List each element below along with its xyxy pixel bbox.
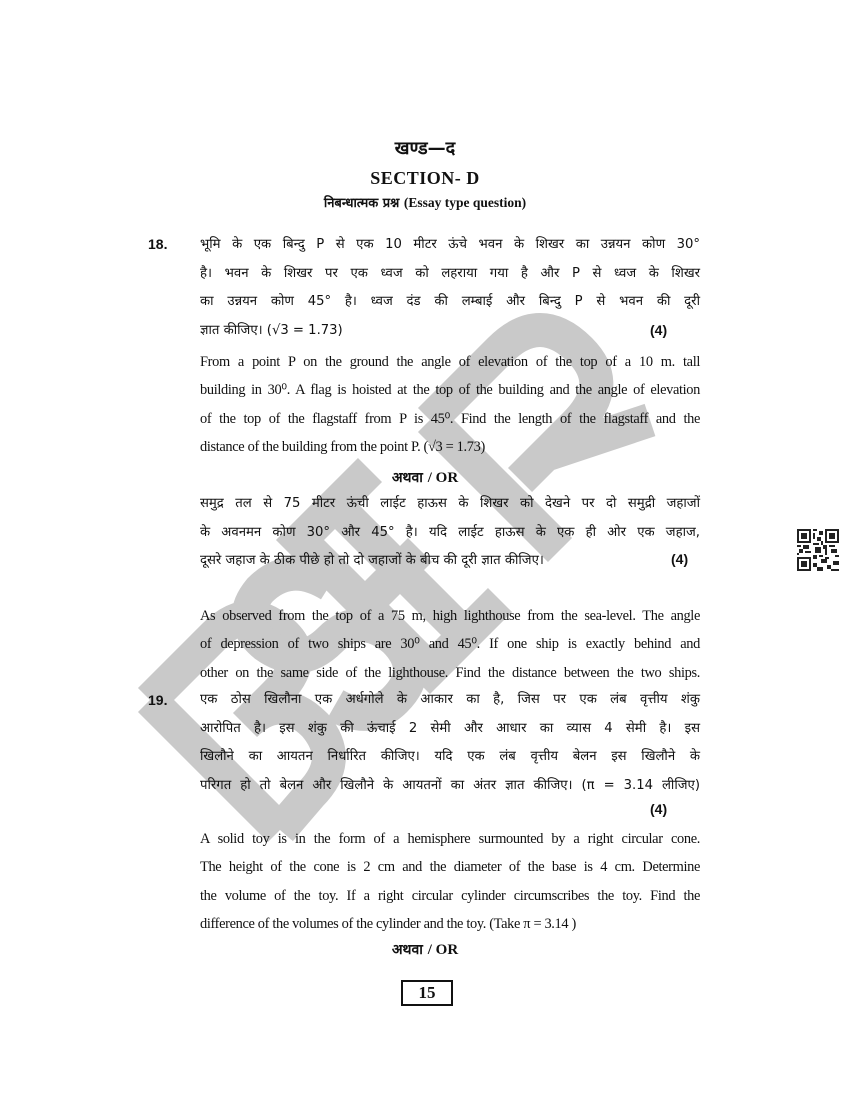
question-18-english: From a point P on the ground the angle o… [200,348,700,461]
or-label-hindi: अथवा [392,470,423,486]
text-line: From a point P on the ground the angle o… [200,348,700,376]
text-line: building in 30⁰. A flag is hoisted at th… [200,376,700,404]
page-content: खण्ड—द SECTION- D निबन्धात्मक प्रश्न (Es… [0,0,850,1100]
page-number: 15 [401,980,453,1006]
text-line: आरोपित है। इस शंकु की ऊंचाई 2 सेमी और आध… [200,715,700,744]
question-number: 19. [148,692,167,708]
text-line: As observed from the top of a 75 m, high… [200,602,700,630]
question-number: 18. [148,236,167,252]
text-line: समुद्र तल से 75 मीटर ऊंची लाईट हाऊस के श… [200,490,700,519]
or-label-hindi: अथवा [392,942,423,958]
text-line: distance of the building from the point … [200,433,700,461]
text-line: ज्ञात कीजिए। (√3 = 1.73) [200,317,700,346]
exam-page: खण्ड—द SECTION- D निबन्धात्मक प्रश्न (Es… [0,0,850,1100]
question-19-hindi: एक ठोस खिलौना एक अर्धगोले के आकार का है,… [200,686,700,800]
text-line: difference of the volumes of the cylinde… [200,910,700,938]
marks-label: (4) [671,551,688,567]
section-subtitle-english: (Essay type question) [404,195,526,210]
marks-label: (4) [650,801,667,817]
text-line: भूमि के एक बिन्दु P से एक 10 मीटर ऊंचे भ… [200,231,700,260]
or-divider: अथवा / OR [0,940,850,959]
text-line: other on the same side of the lighthouse… [200,659,700,687]
text-line: एक ठोस खिलौना एक अर्धगोले के आकार का है,… [200,686,700,715]
text-line: the volume of the toy. If a right circul… [200,882,700,910]
text-line: का उन्नयन कोण 45° है। ध्वज दंड की लम्बाई… [200,288,700,317]
or-label-english: / OR [428,470,458,486]
section-title-english: SECTION- D [0,168,850,189]
question-18-alt-hindi: समुद्र तल से 75 मीटर ऊंची लाईट हाऊस के श… [200,490,700,576]
marks-label: (4) [650,322,667,338]
text-line: of the top of the flagstaff from P is 45… [200,405,700,433]
section-title-hindi: खण्ड—द [0,136,850,160]
text-line: है। भवन के शिखर पर एक ध्वज को लहराया गया… [200,260,700,289]
or-divider: अथवा / OR [0,468,850,487]
question-18-hindi: भूमि के एक बिन्दु P से एक 10 मीटर ऊंचे भ… [200,231,700,345]
question-19-english: A solid toy is in the form of a hemisphe… [200,825,700,938]
section-subtitle-hindi: निबन्धात्मक प्रश्न [324,196,400,211]
text-line: The height of the cone is 2 cm and the d… [200,853,700,881]
qr-code-icon [797,529,839,571]
or-label-english: / OR [428,942,458,958]
text-line: परिगत हो तो बेलन और खिलौने के आयतनों का … [200,772,700,801]
section-subtitle: निबन्धात्मक प्रश्न (Essay type question) [0,193,850,211]
text-line: खिलौने का आयतन निर्धारित कीजिए। यदि एक ल… [200,743,700,772]
text-line: दूसरे जहाज के ठीक पीछे हो तो दो जहाजों क… [200,547,660,576]
text-line: of depression of two ships are 30⁰ and 4… [200,630,700,658]
text-line: A solid toy is in the form of a hemisphe… [200,825,700,853]
question-18-alt-english: As observed from the top of a 75 m, high… [200,602,700,687]
text-line: के अवनमन कोण 30° और 45° है। यदि लाईट हाऊ… [200,519,700,548]
